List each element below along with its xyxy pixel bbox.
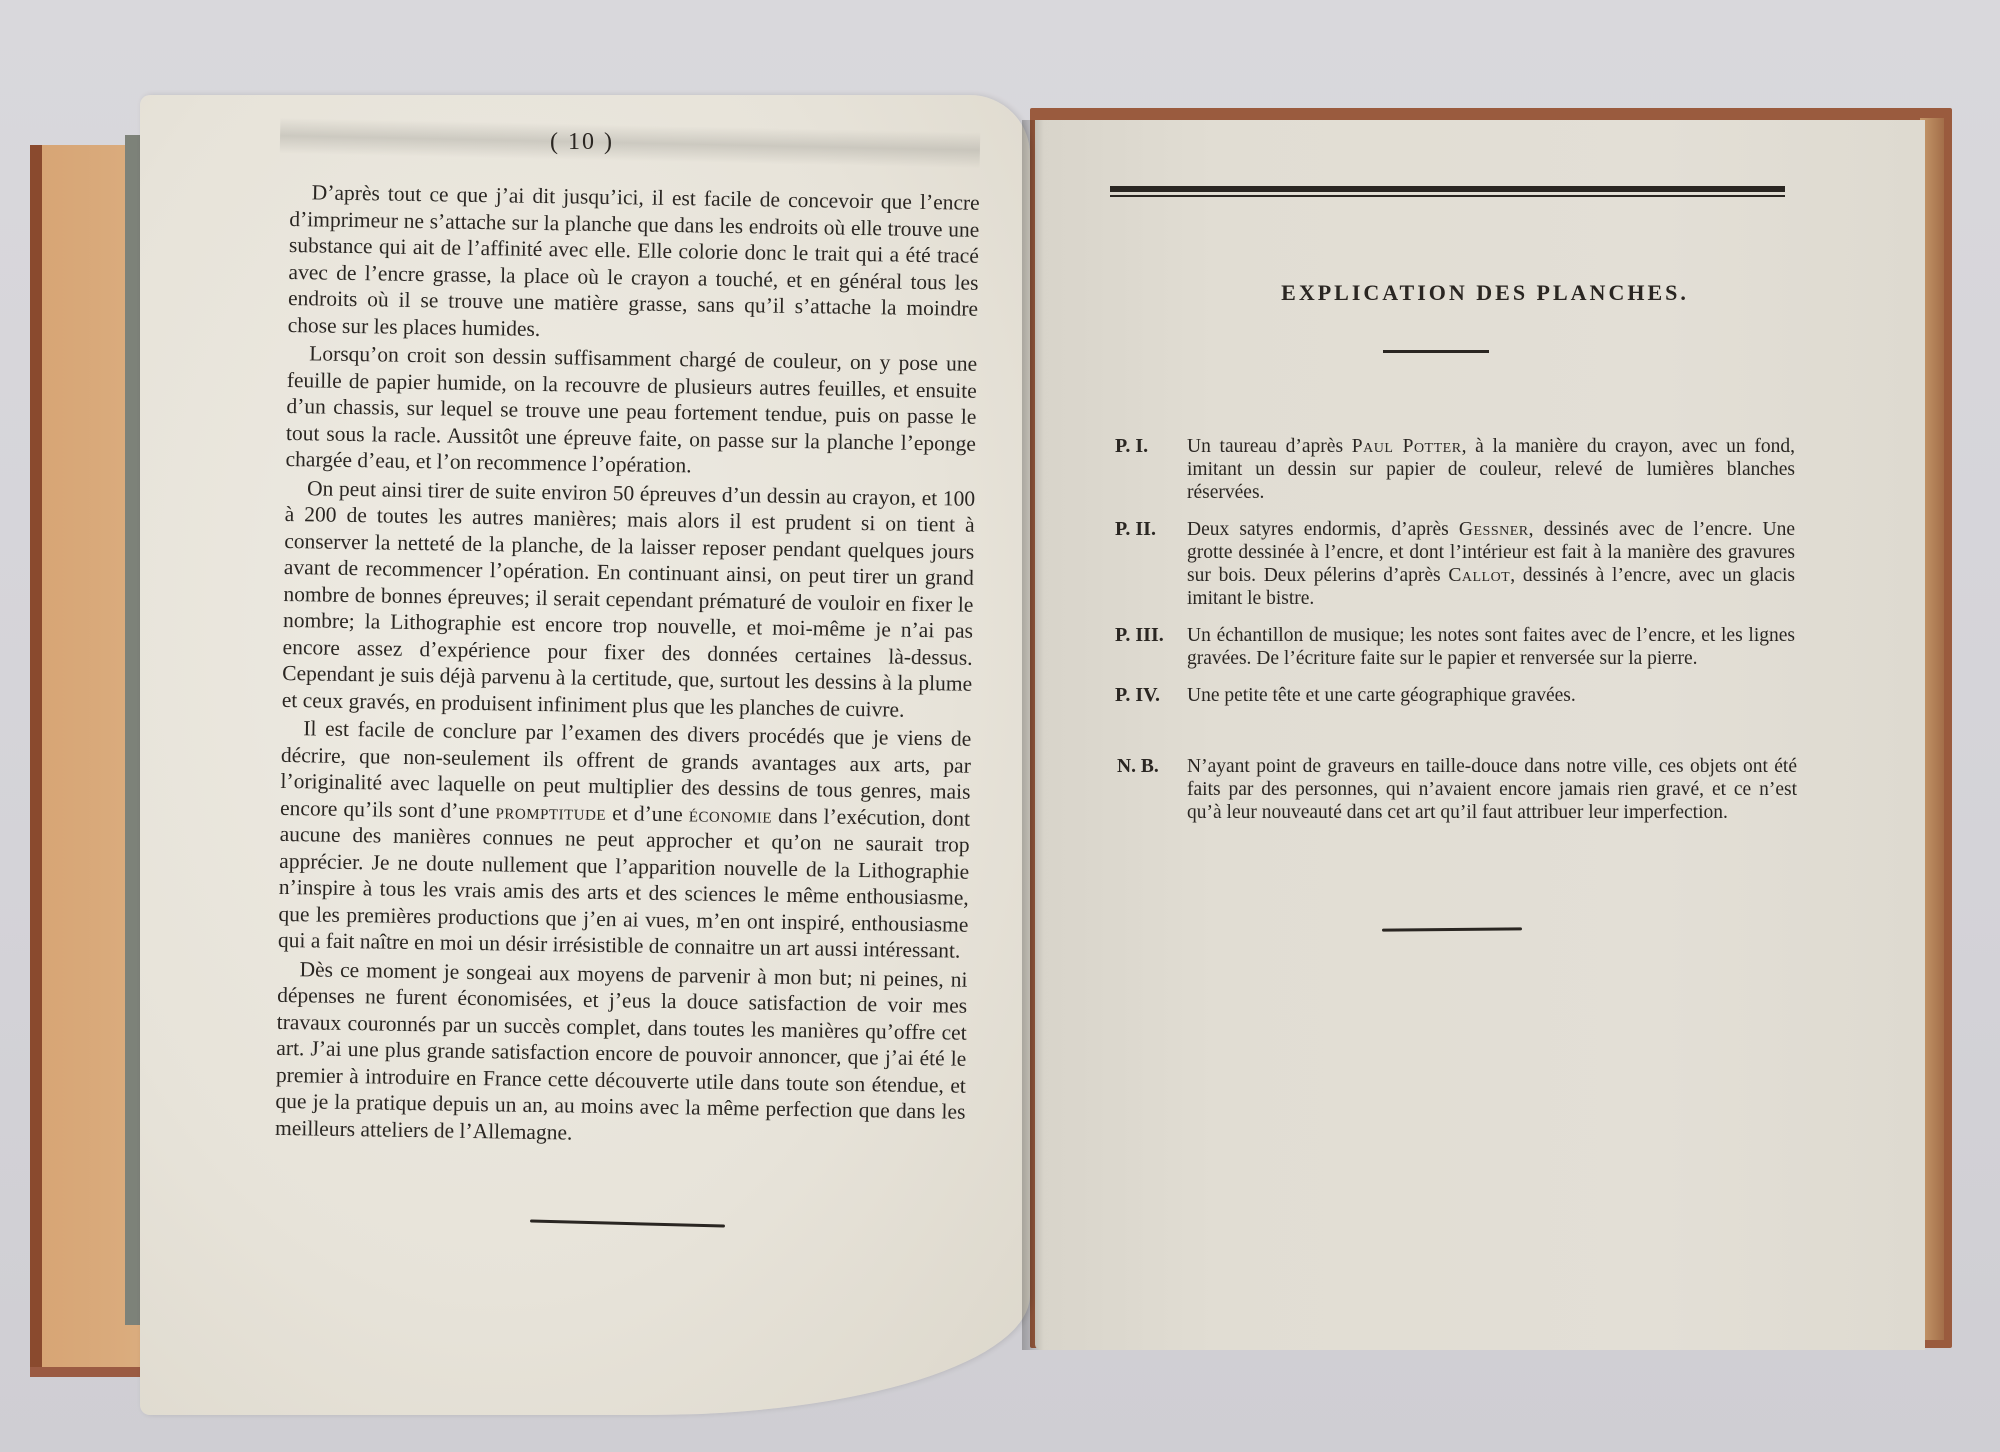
emphasis-promptitude: promptitude [495, 799, 606, 825]
plate-label: P. III. [1115, 624, 1187, 670]
paragraph: Il est facile de conclure par l’examen d… [278, 715, 972, 964]
nota-text: N’ayant point de graveurs en taille-douc… [1187, 755, 1797, 824]
plate-item: P. IV. Une petite tête et une carte géog… [1115, 684, 1795, 707]
plate-label: P. I. [1115, 435, 1187, 504]
endpaper-left [125, 135, 141, 1325]
paragraph: D’après tout ce que j’ai dit jusqu’ici, … [288, 179, 980, 349]
header-double-rule [1110, 186, 1785, 197]
artist-name: Paul Potter [1352, 436, 1462, 457]
plate-label: P. II. [1115, 518, 1187, 610]
plate-item: P. I. Un taureau d’après Paul Potter, à … [1115, 435, 1795, 504]
plate-description: Deux satyres endormis, d’après Gessner, … [1187, 518, 1795, 610]
artist-name: Callot [1448, 565, 1510, 586]
nota-bene: N. B. N’ayant point de graveurs en taill… [1117, 755, 1797, 824]
paragraph: Lorsqu’on croit son dessin suffisamment … [285, 340, 977, 483]
gutter-shadow [1022, 120, 1044, 1350]
nota-label: N. B. [1117, 755, 1187, 824]
left-page[interactable]: ( 10 ) D’après tout ce que j’ai dit jusq… [140, 95, 1030, 1415]
end-rule [1382, 927, 1522, 931]
plates-list: P. I. Un taureau d’après Paul Potter, à … [1115, 435, 1795, 721]
plate-description: Une petite tête et une carte géographiqu… [1187, 684, 1795, 707]
section-title: EXPLICATION DES PLANCHES. [1035, 280, 1935, 306]
emphasis-economie: économie [689, 802, 773, 827]
plate-item: P. III. Un échantillon de musique; les n… [1115, 624, 1795, 670]
plate-description: Un échantillon de musique; les notes son… [1187, 624, 1795, 670]
plate-item: P. II. Deux satyres endormis, d’après Ge… [1115, 518, 1795, 610]
plate-label: P. IV. [1115, 684, 1187, 707]
right-page[interactable]: EXPLICATION DES PLANCHES. P. I. Un taure… [1035, 120, 1925, 1350]
left-page-body: D’après tout ce que j’ai dit jusqu’ici, … [275, 179, 980, 1154]
end-rule [530, 1219, 725, 1227]
title-rule [1383, 350, 1489, 353]
artist-name: Gessner [1459, 519, 1529, 540]
paragraph: Dès ce moment je songeai aux moyens de p… [275, 955, 968, 1151]
paragraph: On peut ainsi tirer de suite environ 50 … [282, 474, 976, 723]
page-number: ( 10 ) [550, 129, 614, 156]
running-head-band [280, 118, 981, 169]
plate-description: Un taureau d’après Paul Potter, à la man… [1187, 435, 1795, 504]
